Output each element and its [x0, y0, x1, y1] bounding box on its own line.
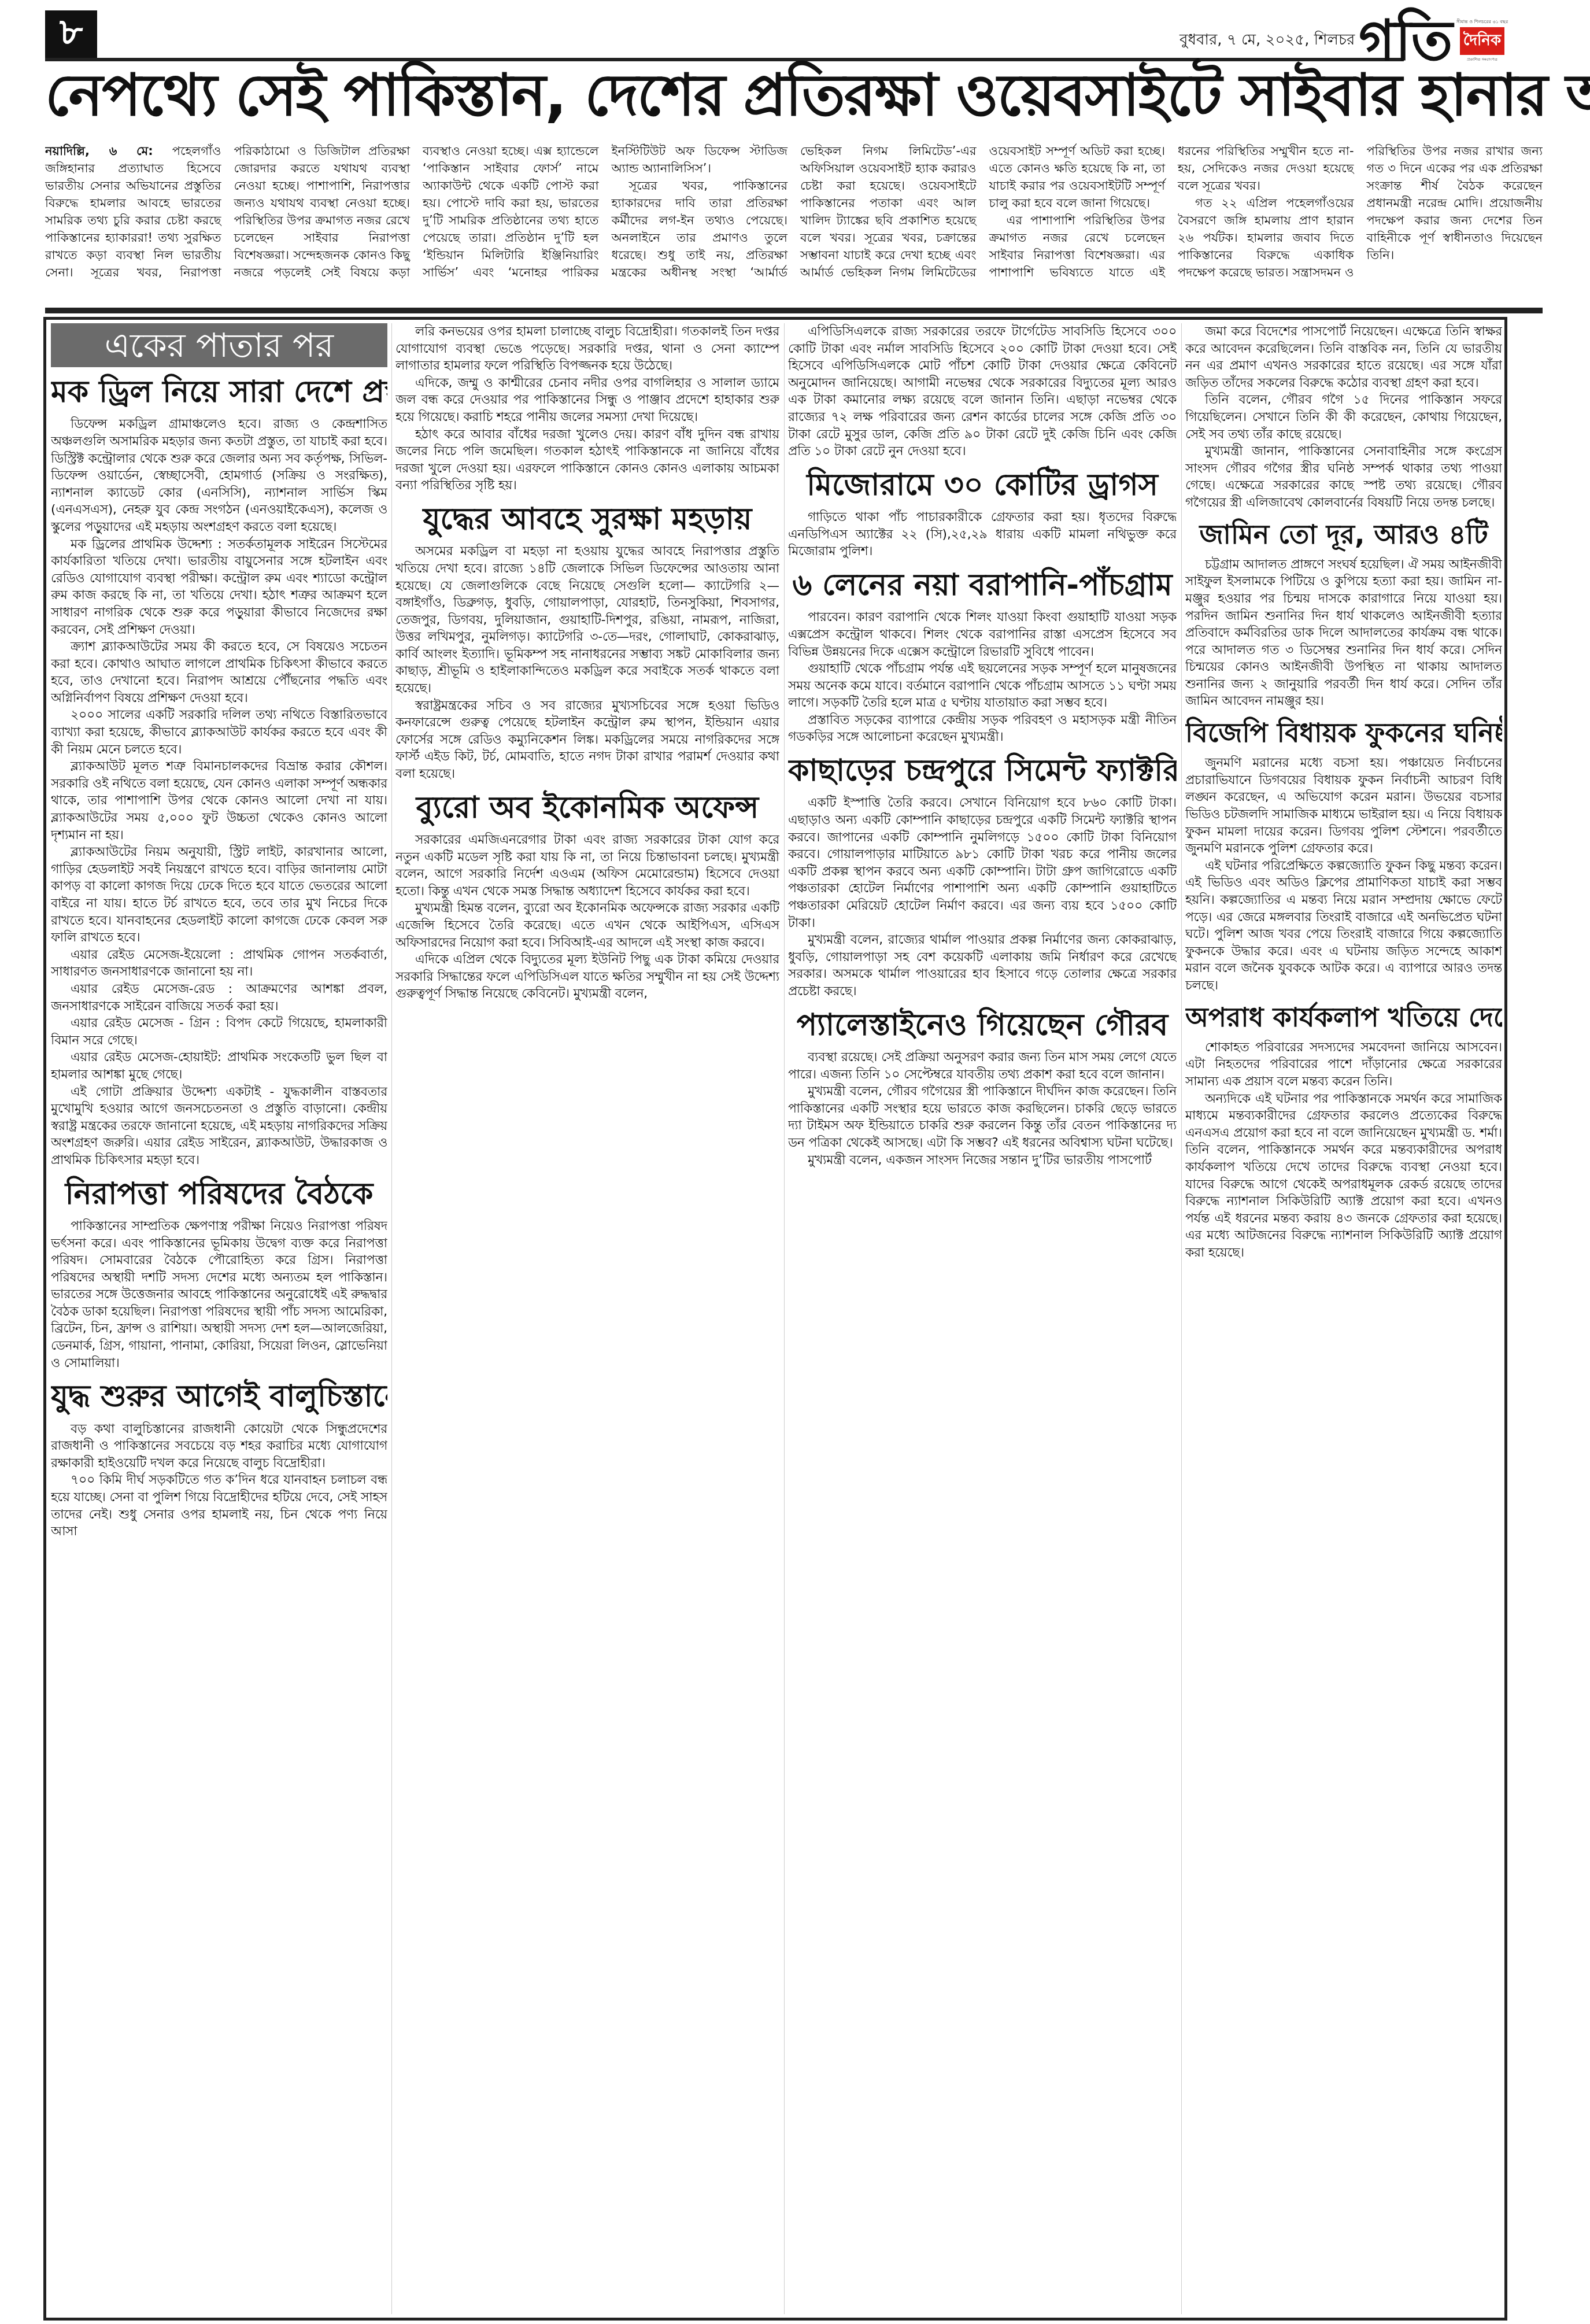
column-2: লরি কনভয়ের ওপর হামলা চালাচ্ছে বালুচ বিদ…	[395, 323, 779, 2314]
section-rule	[45, 308, 1543, 313]
story-paragraph: এয়ার রেইড মেসেজ-হোয়াইট: প্রাথমিক সংকেত…	[51, 1049, 387, 1083]
story-paragraph: মক ড্রিলের প্রাথমিক উদ্দেশ্য : সতর্কতামূ…	[51, 536, 387, 639]
story-headline: জামিন তো দূর, আরও ৪টি	[1185, 519, 1502, 550]
story-headline: মক ড্রিল নিয়ে সারা দেশে প্রস্তুতি	[51, 374, 387, 410]
story-paragraph: জুনমণি মরানের মধ্যে বচসা হয়। পঞ্চায়েত …	[1185, 755, 1502, 858]
story-paragraph: একটি ইস্পাত্তি তৈরি করবে। সেখানে বিনিয়ো…	[788, 795, 1177, 932]
story-headline: কাছাড়ের চন্দ্রপুরে সিমেন্ট ফ্যাক্টরি	[788, 753, 1177, 789]
story-paragraph: পাকিস্তানের সাম্প্রতিক ক্ষেপণাস্ত্র পরীক…	[51, 1218, 387, 1372]
story-paragraph: ডিফেন্স মকড্রিল গ্রামাঞ্চলেও হবে। রাজ্য …	[51, 416, 387, 535]
story-paragraph: জমা করে বিদেশের পাসপোর্ট নিয়েছেন। এক্ষে…	[1185, 323, 1502, 391]
lead-dateline: নয়াদিল্লি, ৬ মে:	[45, 144, 153, 158]
column-1: একের পাতার পর মক ড্রিল নিয়ে সারা দেশে প…	[51, 323, 387, 2314]
continued-section: একের পাতার পর মক ড্রিল নিয়ে সারা দেশে প…	[43, 317, 1507, 2321]
column-4: জমা করে বিদেশের পাসপোর্ট নিয়েছেন। এক্ষে…	[1185, 323, 1502, 2314]
story-paragraph: অন্যদিকে এই ঘটনার পর পাকিস্তানকে সমর্থন …	[1185, 1091, 1502, 1262]
logo-text: গতি	[1359, 13, 1452, 68]
story-headline: নিরাপত্তা পরিষদের বৈঠকে	[51, 1176, 387, 1212]
newspaper-logo: গতি সীমান্ত ও শিলচরের ৩১ বছর দৈনিক প্রকা…	[1359, 13, 1508, 68]
story-paragraph: গুয়াহাটি থেকে পাঁচগ্রাম পর্যন্ত এই ছয়ল…	[788, 660, 1177, 712]
story-paragraph: মুখ্যমন্ত্রী জানান, পাকিস্তানের সেনাবাহি…	[1185, 443, 1502, 511]
column-divider	[391, 323, 392, 2314]
story-paragraph: স্বরাষ্ট্রমন্ত্রকের সচিব ও সব রাজ্যের মু…	[395, 697, 779, 783]
logo-badge-label: দৈনিক	[1460, 27, 1504, 55]
story-paragraph: সরকারের এমজিএনরেগার টাকা এবং রাজ্য সরকার…	[395, 832, 779, 900]
story-paragraph: ২০০০ সালের একটি সরকারি দলিল তথ্য নথিতে ব…	[51, 707, 387, 758]
story-paragraph: প্রস্তাবিত সড়কের ব্যাপারে কেন্দ্রীয় সড…	[788, 712, 1177, 746]
column-divider	[784, 323, 785, 2314]
story-headline: প্যালেস্তাইনেও গিয়েছেন গৌরব	[788, 1007, 1177, 1043]
story-paragraph: লরি কনভয়ের ওপর হামলা চালাচ্ছে বালুচ বিদ…	[395, 323, 779, 375]
continued-banner: একের পাতার পর	[51, 323, 387, 367]
story-paragraph: মুখ্যমন্ত্রী হিমন্ত বলেন, ব্যুরো অব ইকোন…	[395, 900, 779, 951]
story-headline: মিজোরামে ৩০ কোটির ড্রাগস	[788, 467, 1177, 503]
story-paragraph: এয়ার রেইড মেসেজ-ইয়েলো : প্রাথমিক গোপন …	[51, 947, 387, 981]
story-headline: যুদ্ধের আবহে সুরক্ষা মহড়ায়	[395, 501, 779, 537]
story-paragraph: মুখ্যমন্ত্রী বলেন, রাজ্যের থার্মাল পাওয়…	[788, 932, 1177, 1000]
story-headline: যুদ্ধ শুরুর আগেই বালুচিস্তানে	[51, 1379, 387, 1414]
story-paragraph: এয়ার রেইড মেসেজ-রেড : আক্রমণের আশঙ্কা প…	[51, 981, 387, 1015]
lead-story-body: নয়াদিল্লি, ৬ মে: পহেলগাঁও জঙ্গিহানার প্…	[45, 142, 1543, 304]
dateline: বুধবার, ৭ মে, ২০২৫, শিলচর	[1179, 28, 1355, 53]
story-paragraph: হঠাৎ করে আবার বাঁধের দরজা খুলেও দেয়। কা…	[395, 426, 779, 494]
story-paragraph: বড় কথা বালুচিস্তানের রাজধানী কোয়েটা থে…	[51, 1421, 387, 1472]
story-paragraph: ৭০০ কিমি দীর্ঘ সড়কটিতে গত ক’দিন ধরে যান…	[51, 1472, 387, 1540]
story-paragraph: এয়ার রেইড মেসেজ - গ্রিন : বিপদ কেটে গিয…	[51, 1015, 387, 1049]
story-paragraph: মুখ্যমন্ত্রী বলেন, একজন সাংসদ নিজের সন্ত…	[788, 1152, 1177, 1169]
story-paragraph: তিনি বলেন, গৌরব গগৈ ১৫ দিনের পাকিস্তান স…	[1185, 391, 1502, 443]
story-paragraph: গাড়িতে থাকা পাঁচ পাচারকারীকে গ্রেফতার ক…	[788, 509, 1177, 560]
story-paragraph: ব্ল্যাকআউট মূলত শত্রু বিমানচালকদের বিভ্র…	[51, 758, 387, 844]
story-paragraph: চট্টগ্রাম আদালত প্রাঙ্গণে সংঘর্ষ হয়েছিল…	[1185, 556, 1502, 710]
column-divider	[1181, 323, 1182, 2314]
story-paragraph: এই গোটা প্রক্রিয়ার উদ্দেশ্য একটাই - যুদ…	[51, 1084, 387, 1169]
lead-headline: নেপথ্যে সেই পাকিস্তান, দেশের প্রতিরক্ষা …	[45, 65, 1548, 125]
story-paragraph: মুখ্যমন্ত্রী বলেন, গৌরব গগৈয়ের স্ত্রী প…	[788, 1083, 1177, 1151]
logo-badge-top: সীমান্ত ও শিলচরের ৩১ বছর	[1456, 19, 1508, 26]
column-3: এপিডিসিএলকে রাজ্য সরকারের তরফে টার্গেটেড…	[788, 323, 1177, 2314]
page-number: ৮	[45, 10, 97, 58]
story-paragraph: এদিকে এপ্রিল থেকে বিদ্যুতের মূল্য ইউনিট …	[395, 951, 779, 1003]
logo-badge: সীমান্ত ও শিলচরের ৩১ বছর দৈনিক প্রকাশিত …	[1456, 19, 1508, 63]
story-paragraph: ক্র্যাশ ব্ল্যাকআউটের সময় কী করতে হবে, স…	[51, 638, 387, 707]
story-paragraph: এই ঘটনার পরিপ্রেক্ষিতে কল্পজ্যোতি ফুকন ক…	[1185, 858, 1502, 995]
story-headline: ৬ লেনের নয়া বরাপানি-পাঁচগ্রাম	[788, 567, 1177, 603]
story-paragraph: এদিকে, জম্মু ও কাশ্মীরের চেনাব নদীর ওপর …	[395, 375, 779, 426]
story-paragraph: শোকাহত পরিবারের সদস্যদের সমবেদনা জানিয়ে…	[1185, 1039, 1502, 1091]
story-paragraph: ব্ল্যাকআউটের নিয়ম অনুযায়ী, স্ট্রিট লাই…	[51, 844, 387, 947]
story-headline: বিজেপি বিধায়ক ফুকনের ঘনিষ্ঠকে	[1185, 717, 1502, 749]
story-headline: ব্যুরো অব ইকোনমিক অফেন্স	[395, 790, 779, 826]
story-paragraph: এপিডিসিএলকে রাজ্য সরকারের তরফে টার্গেটেড…	[788, 323, 1177, 460]
story-paragraph: পারবেন। কারণ বরাপানি থেকে শিলং যাওয়া কি…	[788, 609, 1177, 660]
story-paragraph: অসমের মকড্রিল বা মহড়া না হওয়ায় যুদ্ধে…	[395, 543, 779, 697]
story-headline: অপরাধ কার্যকলাপ খতিয়ে দেখে	[1185, 1002, 1502, 1033]
story-paragraph: ব্যবস্থা রয়েছে। সেই প্রক্রিয়া অনুসরণ ক…	[788, 1049, 1177, 1083]
